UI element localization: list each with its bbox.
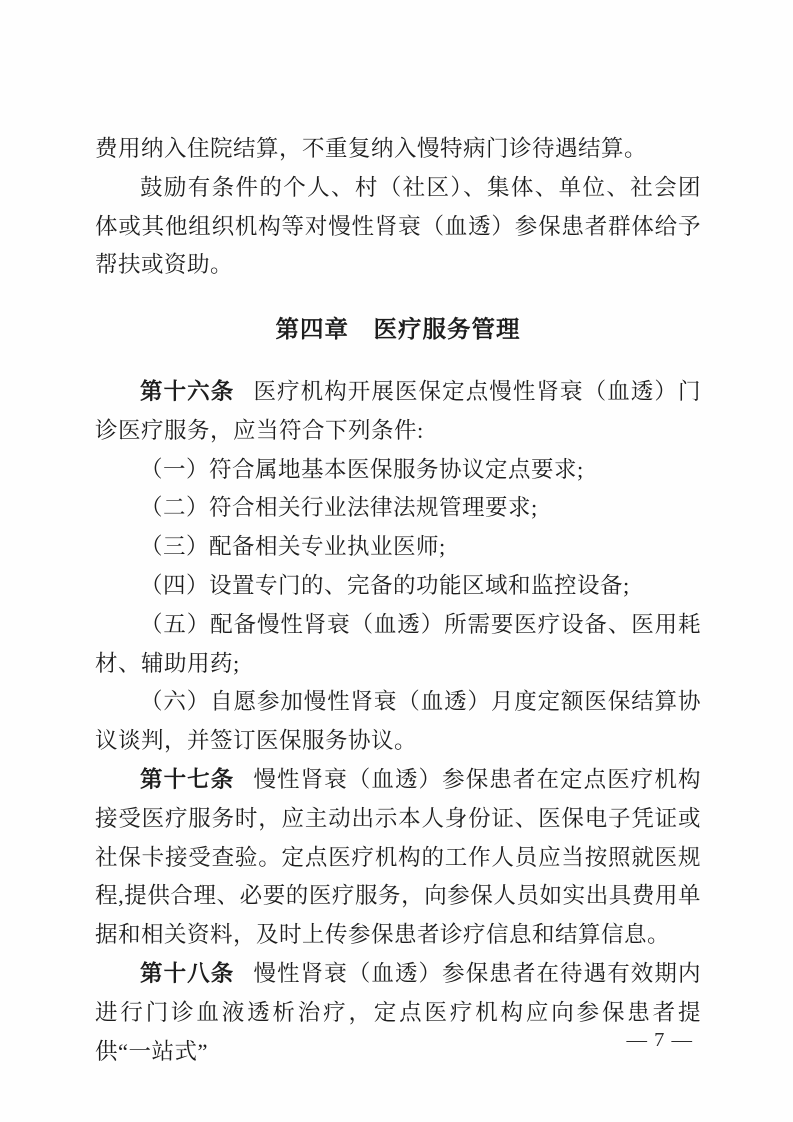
paragraph: 费用纳入住院结算，不重复纳入慢特病门诊待遇结算。 (95, 130, 701, 169)
paragraph: （三）配备相关专业执业医师; (95, 528, 701, 567)
document-page: 费用纳入住院结算，不重复纳入慢特病门诊待遇结算。鼓励有条件的个人、村（社区）、集… (0, 0, 793, 1122)
page-footer: — 7 — (627, 1028, 694, 1052)
paragraph: 第十六条医疗机构开展医保定点慢性肾衰（血透）门诊医疗服务，应当符合下列条件: (95, 373, 701, 451)
paragraph: 鼓励有条件的个人、村（社区）、集体、单位、社会团体或其他组织机构等对慢性肾衰（血… (95, 169, 701, 285)
paragraph: （二）符合相关行业法律法规管理要求; (95, 489, 701, 528)
paragraph: 第十八条慢性肾衰（血透）参保患者在待遇有效期内进行门诊血液透析治疗，定点医疗机构… (95, 955, 701, 1071)
document-body: 费用纳入住院结算，不重复纳入慢特病门诊待遇结算。鼓励有条件的个人、村（社区）、集… (95, 130, 701, 1071)
paragraph: （五）配备慢性肾衰（血透）所需要医疗设备、医用耗材、辅助用药; (95, 606, 701, 684)
chapter-heading: 第四章 医疗服务管理 (95, 310, 701, 349)
paragraph: （四）设置专门的、完备的功能区域和监控设备; (95, 567, 701, 606)
article-number: 第十六条 (140, 379, 234, 404)
article-number: 第十八条 (140, 961, 234, 986)
paragraph: （一）符合属地基本医保服务协议定点要求; (95, 451, 701, 490)
page-number: — 7 — (627, 1029, 694, 1051)
paragraph: 第十七条慢性肾衰（血透）参保患者在定点医疗机构接受医疗服务时，应主动出示本人身份… (95, 761, 701, 955)
article-number: 第十七条 (140, 767, 234, 792)
paragraph: （六）自愿参加慢性肾衰（血透）月度定额医保结算协议谈判，并签订医保服务协议。 (95, 683, 701, 761)
